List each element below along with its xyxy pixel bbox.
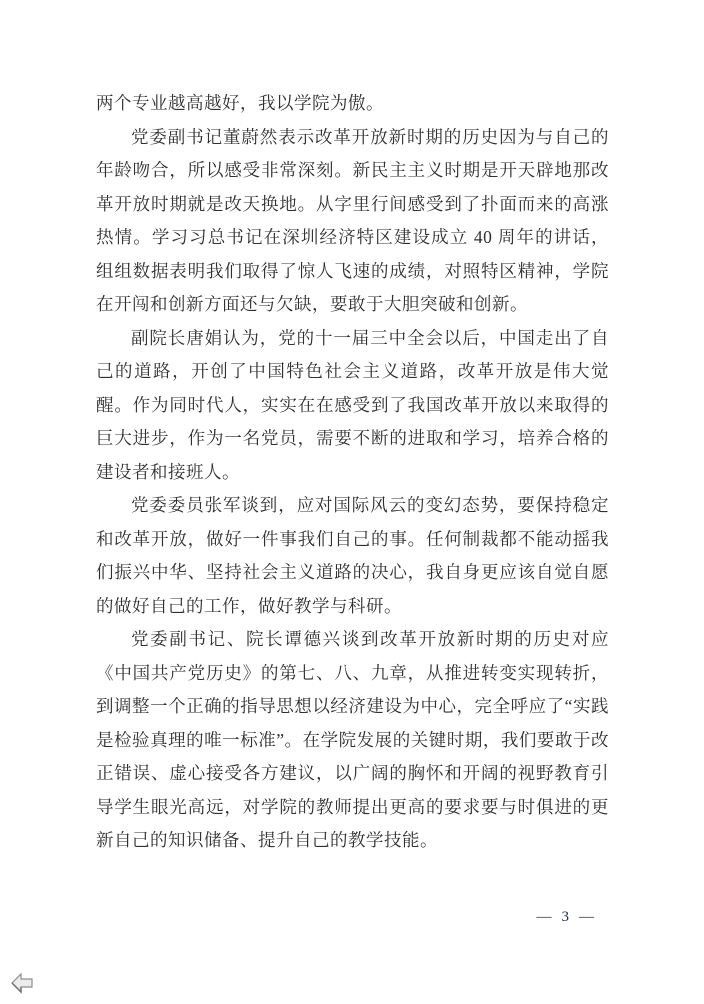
back-arrow-shape [12,974,32,992]
document-body: 两个专业越高越好，我以学院为傲。党委副书记董蔚然表示改革开放新时期的历史因为与自… [96,87,609,858]
back-arrow-icon[interactable] [10,971,34,995]
paragraph: 党委副书记董蔚然表示改革开放新时期的历史因为与自己的年龄吻合，所以感受非常深刻。… [96,121,609,322]
page-number: 3 [562,909,570,925]
paragraph: 党委副书记、院长谭德兴谈到改革开放新时期的历史对应《中国共产党历史》的第七、八、… [96,623,609,858]
paragraph: 党委委员张军谈到，应对国际风云的变幻态势，要保持稳定和改革开放，做好一件事我们自… [96,489,609,623]
footer-right-dash: — [579,909,594,925]
paragraph: 两个专业越高越好，我以学院为傲。 [96,87,609,121]
page-footer: —3— [537,907,595,927]
paragraph: 副院长唐娟认为，党的十一届三中全会以后，中国走出了自己的道路，开创了中国特色社会… [96,322,609,490]
document-page: 两个专业越高越好，我以学院为傲。党委副书记董蔚然表示改革开放新时期的历史因为与自… [0,0,704,1004]
footer-left-dash: — [537,909,552,925]
